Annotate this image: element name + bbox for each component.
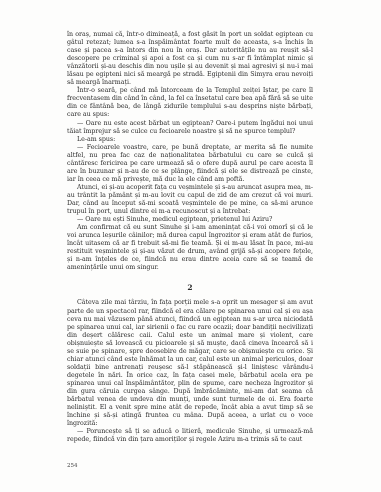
paragraph: Atunci, ei și-au acoperit fața cu veșmin…	[67, 184, 313, 216]
dialogue-line: — Oare nu ești Sinuhe, medicul egiptean,…	[67, 216, 313, 224]
paragraph: Le-am spus:	[67, 136, 313, 144]
chapter-number: 2	[67, 284, 313, 292]
dialogue-line: — Oare nu este acest bărbat un egiptean?…	[67, 120, 313, 136]
body-text: în oraș, numai că, într-o dimineață, a f…	[67, 31, 313, 444]
page-number: 254	[67, 463, 78, 469]
paragraph: Într-o seară, pe când mă întorceam de la…	[67, 87, 313, 119]
paragraph: Am confirmat că eu sunt Sinuhe și i-am a…	[67, 224, 313, 272]
dialogue-line: — Fecioarele voastre, care, pe bună drep…	[67, 144, 313, 184]
book-page: în oraș, numai că, într-o dimineață, a f…	[0, 0, 381, 492]
paragraph: Câteva zile mai târziu, în fața porții m…	[67, 299, 313, 428]
paragraph: în oraș, numai că, într-o dimineață, a f…	[67, 31, 313, 87]
dialogue-line: — Poruncește să ți se aducă o litieră, m…	[67, 428, 313, 444]
